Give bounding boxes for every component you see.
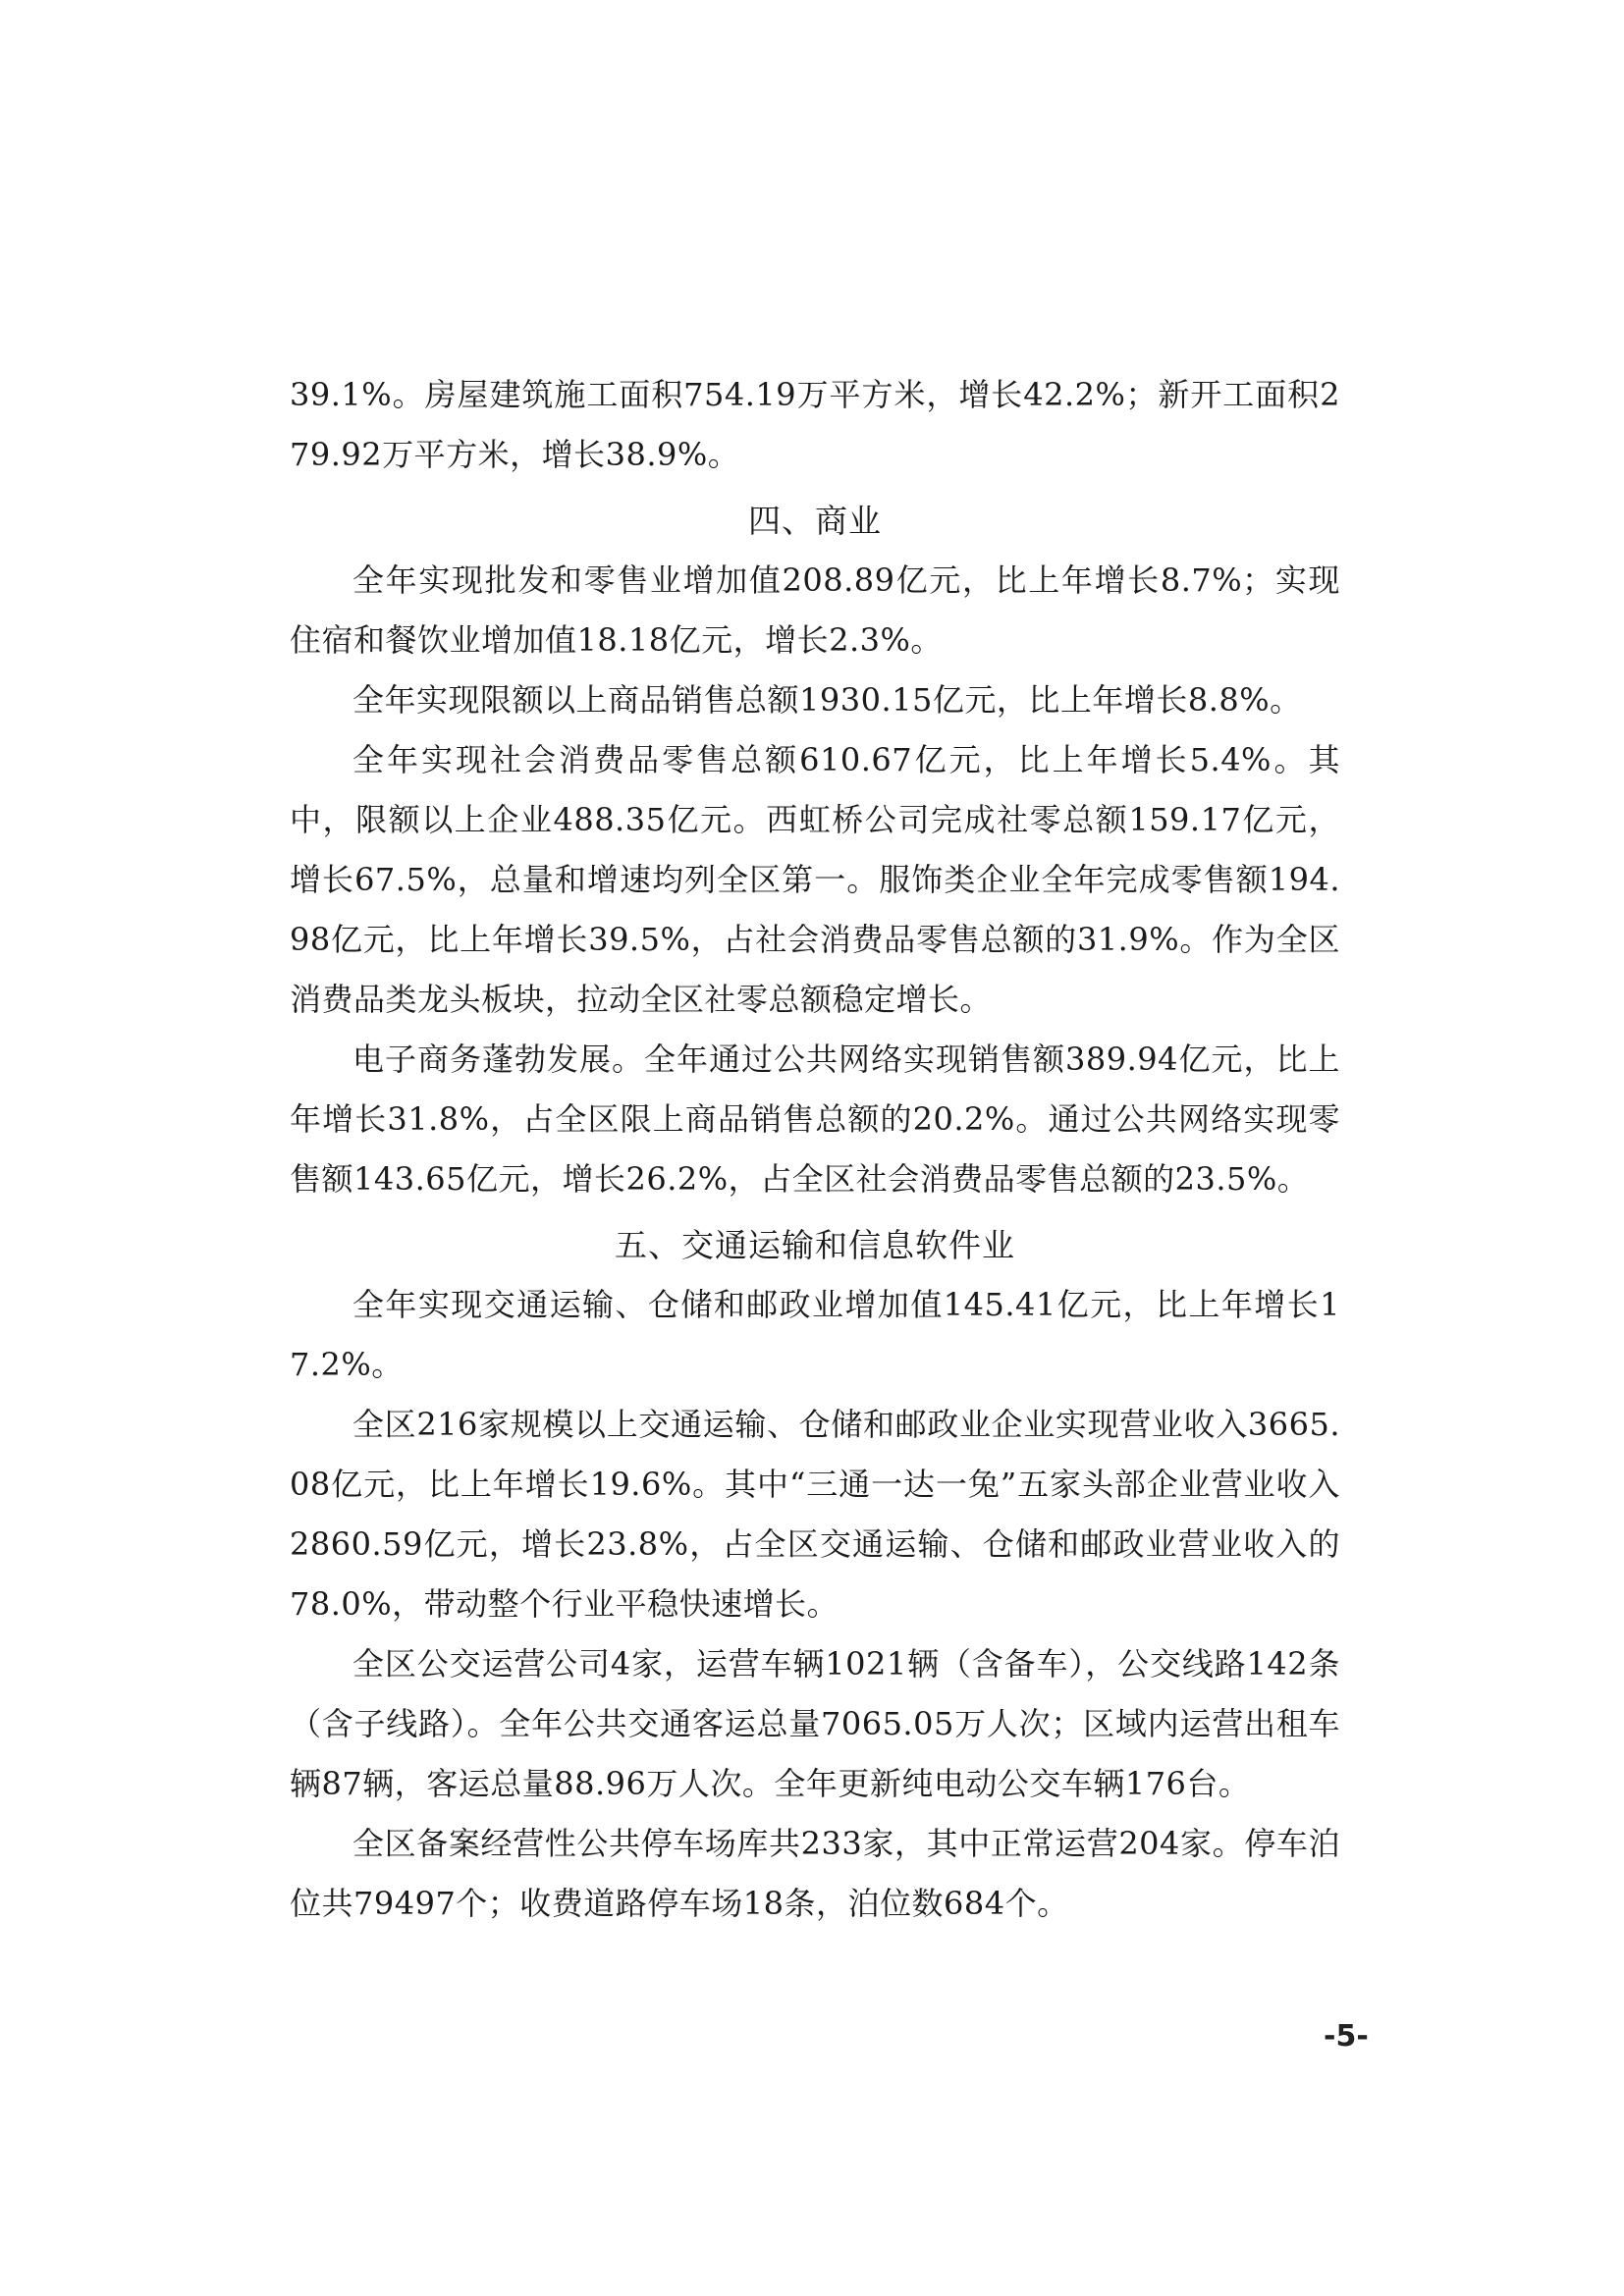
paragraph-parking: 全区备案经营性公共停车场库共233家，其中正常运营204家。停车泊位共79497… [290, 1814, 1340, 1934]
paragraph-public-transit: 全区公交运营公司4家，运营车辆1021辆（含备车），公交线路142条（含子线路）… [290, 1634, 1340, 1814]
paragraph-transport-enterprises: 全区216家规模以上交通运输、仓储和邮政业企业实现营业收入3665.08亿元，比… [290, 1395, 1340, 1634]
paragraph-wholesale-retail: 全年实现批发和零售业增加值208.89亿元，比上年增长8.7%；实现住宿和餐饮业… [290, 551, 1340, 670]
paragraph-consumer-retail: 全年实现社会消费品零售总额610.67亿元，比上年增长5.4%。其中，限额以上企… [290, 730, 1340, 1030]
paragraph-ecommerce: 电子商务蓬勃发展。全年通过公共网络实现销售额389.94亿元，比上年增长31.8… [290, 1030, 1340, 1209]
paragraph-goods-sales: 全年实现限额以上商品销售总额1930.15亿元，比上年增长8.8%。 [290, 670, 1340, 730]
document-page: 39.1%。房屋建筑施工面积754.19万平方米，增长42.2%；新开工面积27… [0, 0, 1624, 2296]
page-number: -5- [1324, 2019, 1369, 2054]
paragraph-transport-value-added: 全年实现交通运输、仓储和邮政业增加值145.41亿元，比上年增长17.2%。 [290, 1275, 1340, 1395]
paragraph-construction-continued: 39.1%。房屋建筑施工面积754.19万平方米，增长42.2%；新开工面积27… [290, 365, 1340, 485]
page-body: 39.1%。房屋建筑施工面积754.19万平方米，增长42.2%；新开工面积27… [290, 365, 1340, 1934]
section-heading-transport-software: 五、交通运输和信息软件业 [290, 1215, 1340, 1275]
section-heading-commerce: 四、商业 [290, 491, 1340, 551]
